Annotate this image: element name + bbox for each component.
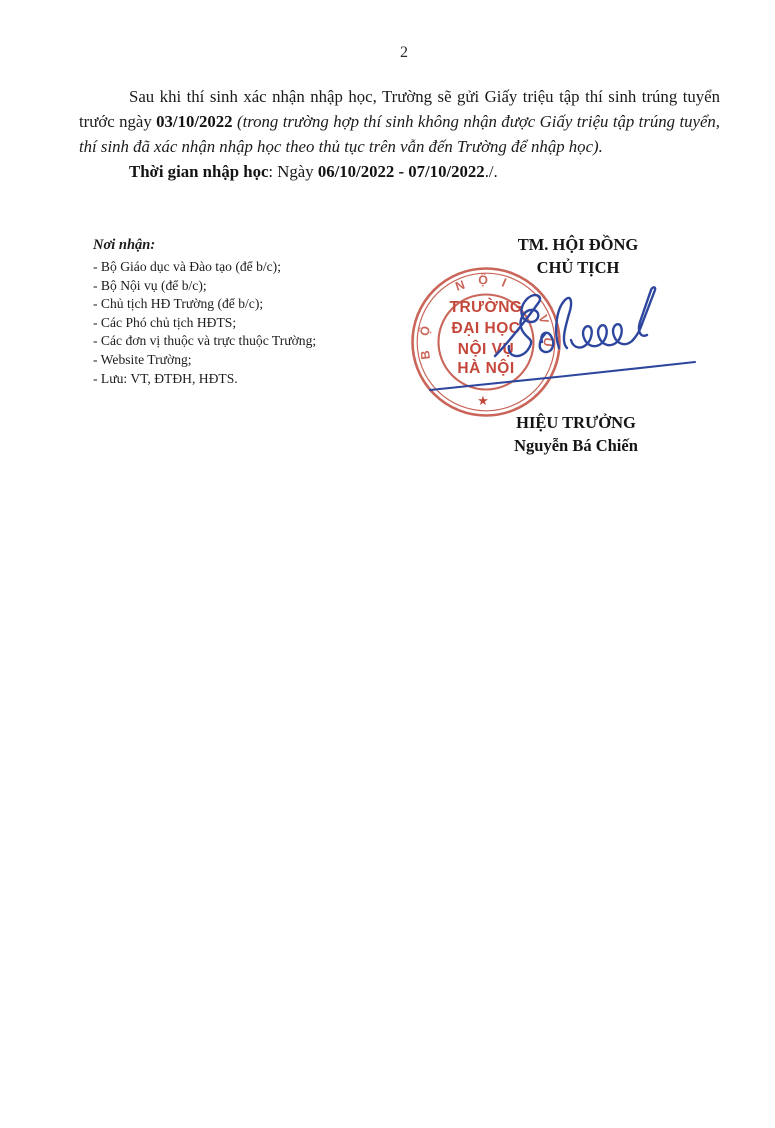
body-text: Sau khi thí sinh xác nhận nhập học, Trườ…: [79, 84, 720, 184]
recipients-block: Nơi nhận: - Bộ Giáo dục và Đào tạo (để b…: [93, 237, 393, 388]
recipient-item: - Bộ Giáo dục và Đào tạo (để b/c);: [93, 258, 393, 277]
handwritten-signature: [425, 278, 710, 398]
recipient-item: - Lưu: VT, ĐTĐH, HĐTS.: [93, 370, 393, 389]
enrollment-suffix: ./.: [485, 162, 498, 181]
recipient-item: - Bộ Nội vụ (để b/c);: [93, 277, 393, 296]
signer-title: HIỆU TRƯỞNG: [448, 411, 704, 434]
recipients-heading: Nơi nhận:: [93, 237, 393, 254]
signature-body: [571, 324, 642, 347]
recipient-item: - Website Trường;: [93, 351, 393, 370]
signature-loop: [540, 333, 554, 352]
page-number: 2: [79, 44, 729, 62]
signer-block: HIỆU TRƯỞNG Nguyễn Bá Chiến: [448, 411, 704, 457]
recipient-item: - Các Phó chủ tịch HĐTS;: [93, 314, 393, 333]
paragraph-main: Sau khi thí sinh xác nhận nhập học, Trườ…: [79, 84, 720, 159]
committee-line: TM. HỘI ĐỒNG: [450, 233, 706, 256]
recipient-item: - Các đơn vị thuộc và trực thuộc Trường;: [93, 332, 393, 351]
signer-name: Nguyễn Bá Chiến: [448, 434, 704, 457]
enrollment-time-line: Thời gian nhập học: Ngày 06/10/2022 - 07…: [79, 159, 720, 184]
signature-ascender: [556, 298, 571, 348]
enrollment-dates: 06/10/2022 - 07/10/2022: [318, 162, 485, 181]
signature-underline: [430, 362, 695, 390]
signature-flourish: [495, 295, 540, 356]
enrollment-label: Thời gian nhập học: [129, 162, 268, 181]
document-page: 2 Sau khi thí sinh xác nhận nhập học, Tr…: [0, 0, 775, 1128]
deadline-date: 03/10/2022: [156, 112, 232, 131]
enrollment-middle: : Ngày: [268, 162, 317, 181]
recipient-item: - Chủ tịch HĐ Trường (để b/c);: [93, 295, 393, 314]
